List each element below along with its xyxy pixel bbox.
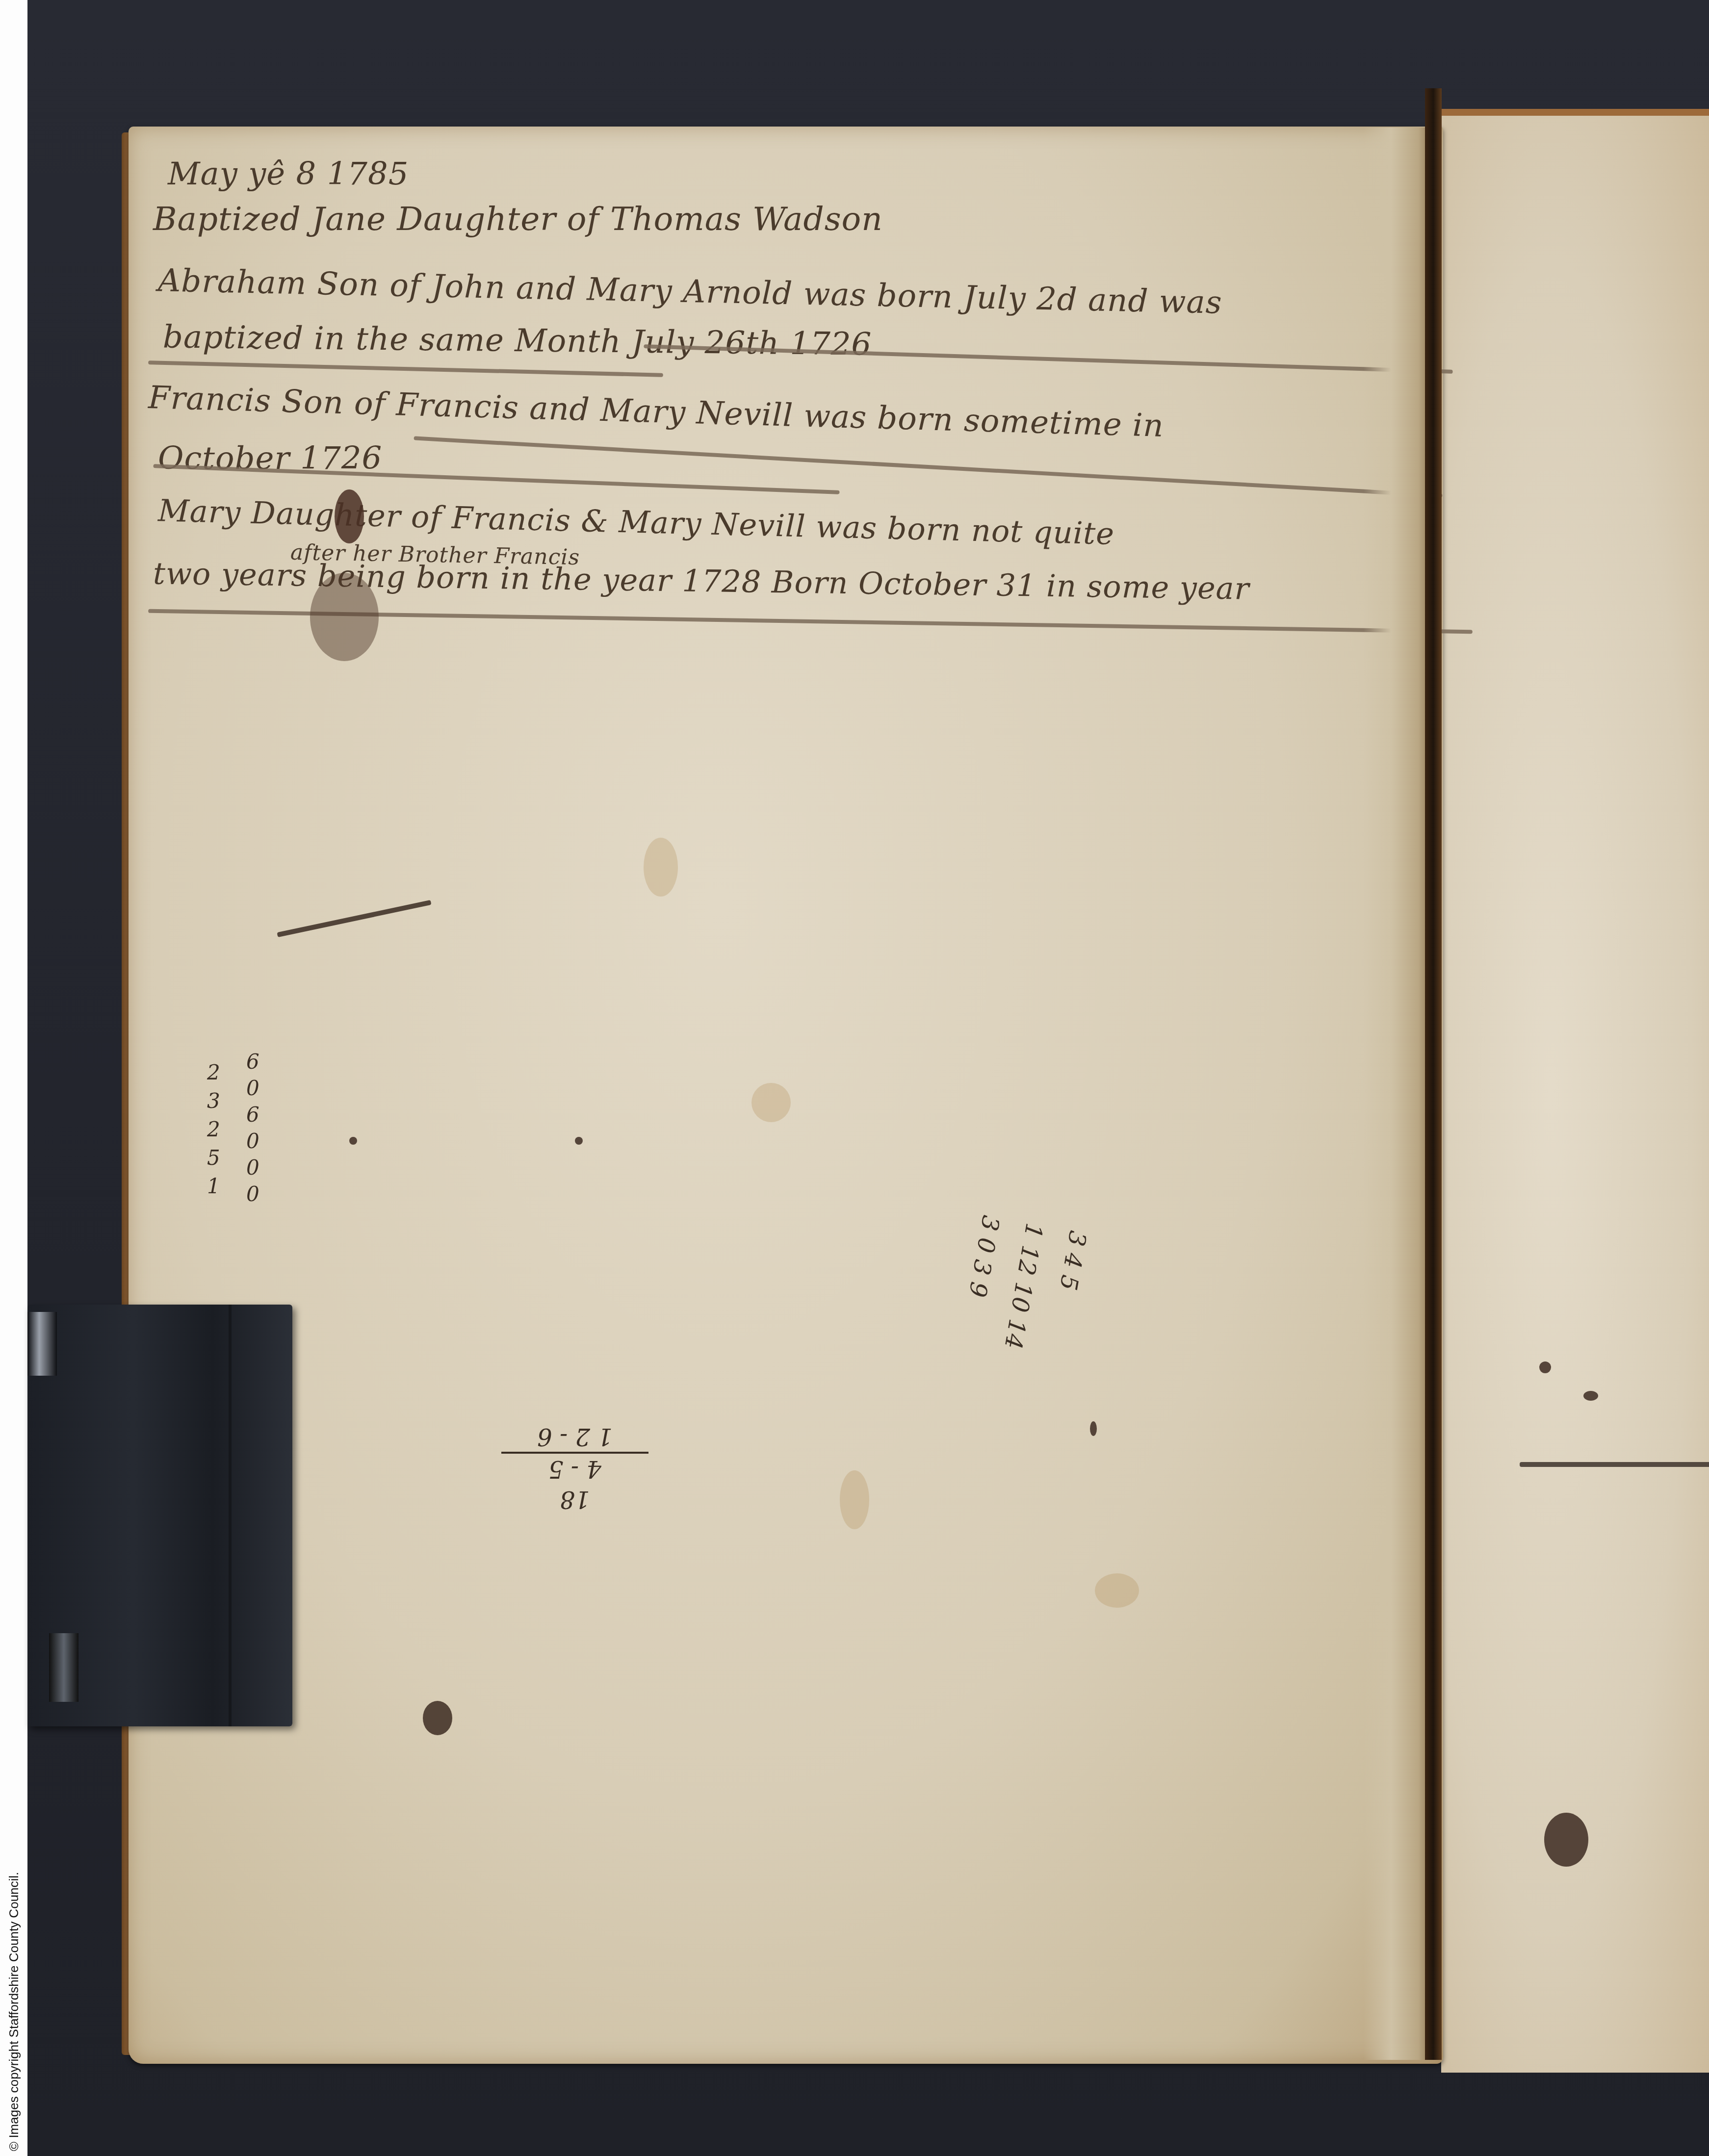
- entry-line: baptized in the same Month July 26th 172…: [163, 319, 872, 362]
- ink-blot: [1539, 1361, 1551, 1373]
- ink-dot: [575, 1137, 583, 1145]
- water-stain: [751, 1083, 791, 1122]
- entry-line: Francis Son of Francis and Mary Nevill w…: [148, 380, 1164, 444]
- divider-line: [148, 360, 663, 377]
- margin-figures-right: 6 0 6 0 0 0: [246, 1049, 266, 1207]
- ink-stroke: [1520, 1462, 1709, 1467]
- left-page: May yê 8 1785 Baptized Jane Daughter of …: [129, 127, 1443, 2064]
- ink-blot: [1583, 1391, 1598, 1401]
- divider-line: [153, 464, 839, 494]
- clasp-fold-line: [229, 1305, 232, 1726]
- entry-line: Baptized Jane Daughter of Thomas Wadson: [153, 200, 883, 238]
- ink-dot: [349, 1137, 357, 1145]
- ink-blot: [335, 489, 364, 543]
- ink-dot: [1090, 1421, 1097, 1436]
- marginal-sum-bottom: 18 4 - 5 1 2 - 6: [501, 1421, 648, 1514]
- left-margin-strip: © Images copyright Staffordshire County …: [0, 0, 27, 2156]
- entry-line: Abraham Son of John and Mary Arnold was …: [157, 262, 1222, 321]
- ink-blot: [1544, 1813, 1588, 1867]
- margin-figures-left: 2 3 2 5 1: [207, 1058, 227, 1201]
- entry-date: May yê 8 1785: [168, 156, 409, 192]
- clasp-hinge-icon: [49, 1633, 78, 1702]
- water-stain: [1095, 1573, 1139, 1608]
- water-stain: [644, 838, 678, 897]
- divider-line: [414, 436, 1442, 497]
- ink-stain: [310, 573, 379, 661]
- ink-stroke: [277, 900, 431, 937]
- book-gutter: [1425, 88, 1442, 2060]
- ink-blot: [423, 1701, 452, 1735]
- page-fold-shading: [1364, 128, 1432, 2060]
- water-stain: [840, 1470, 869, 1529]
- copyright-notice: © Images copyright Staffordshire County …: [6, 1872, 22, 2151]
- clasp-hinge-icon: [27, 1312, 57, 1376]
- right-page: [1441, 109, 1709, 2073]
- marginal-sum-upside-down: 3 4 5 1 12 10 14 3 0 3 9: [947, 1212, 1100, 1360]
